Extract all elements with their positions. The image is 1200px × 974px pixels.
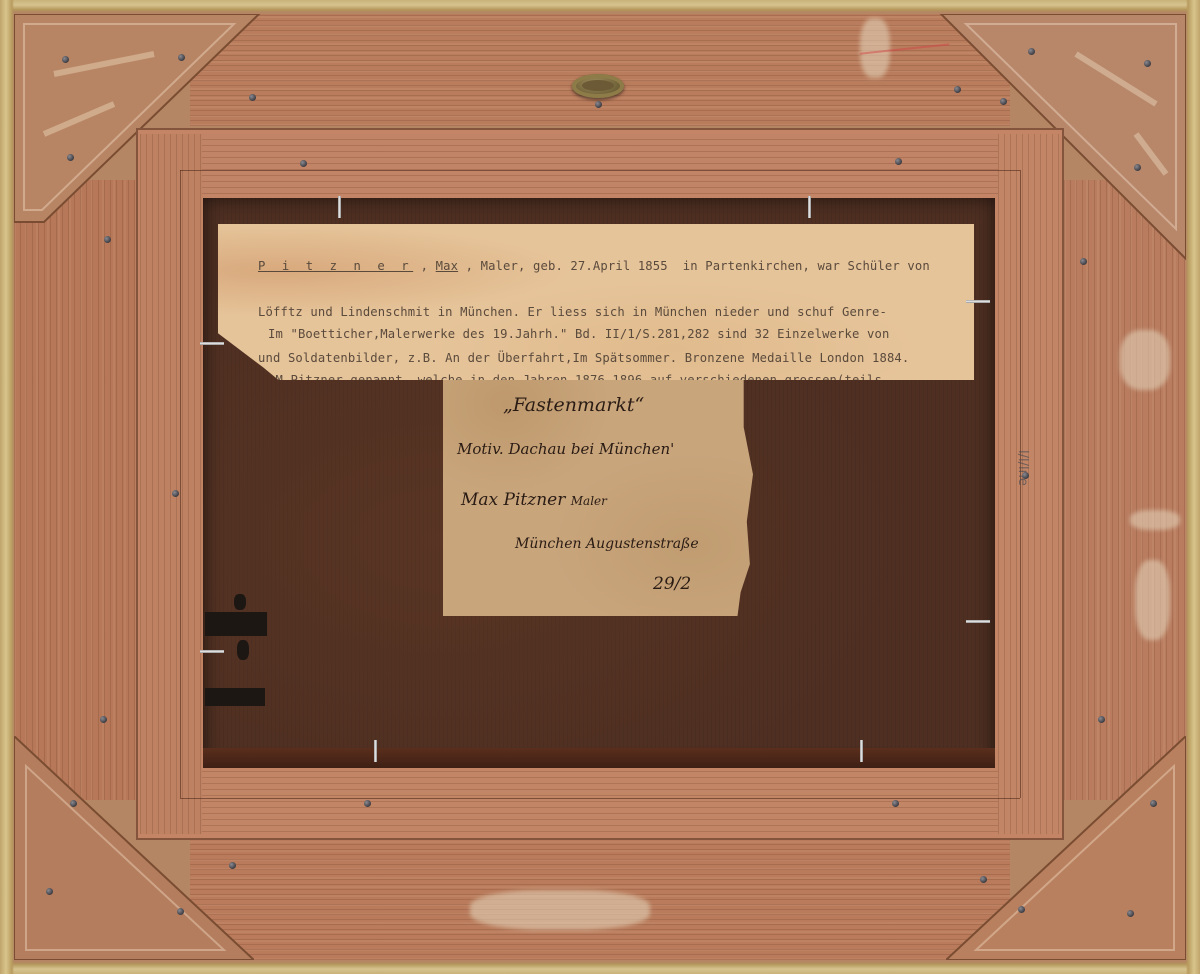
staple	[200, 342, 224, 345]
nail	[172, 490, 179, 497]
artist-first-name: Max	[436, 259, 458, 273]
artist-surname: P i t z n e r	[258, 259, 413, 273]
nail	[62, 56, 69, 63]
typed-line-text: , Maler, geb. 27.April 1855 in Partenkir…	[458, 259, 930, 273]
nail	[1022, 472, 1029, 479]
stretcher-board-right	[1064, 180, 1186, 800]
black-tape	[205, 612, 267, 636]
nail	[892, 800, 899, 807]
inner-frame-bottom	[150, 770, 1050, 832]
handwritten-label: „Fastenmarkt“ Motiv. Dachau bei München'…	[443, 380, 753, 616]
nail	[300, 160, 307, 167]
chalk-mark	[860, 18, 890, 78]
nail	[67, 154, 74, 161]
nail	[1080, 258, 1087, 265]
nail	[980, 876, 987, 883]
nail	[1150, 800, 1157, 807]
inner-frame-groove	[180, 170, 181, 798]
handwritten-artist-suffix: Maler	[571, 494, 607, 508]
black-tape	[205, 688, 265, 706]
typed-provenance-label: P i t z n e r , Max , Maler, geb. 27.Apr…	[218, 224, 974, 380]
chalk-mark	[1130, 510, 1180, 530]
nail	[364, 800, 371, 807]
pencil-mark: l/l/lne	[1015, 450, 1030, 486]
inner-frame-top	[150, 134, 1050, 194]
handwritten-artist: Max Pitzner	[461, 490, 565, 510]
handwritten-artist-line: Max Pitzner Maler	[461, 490, 607, 510]
nail	[1127, 910, 1134, 917]
chalk-mark	[1135, 560, 1170, 640]
hanging-ring	[572, 74, 624, 98]
staple	[200, 650, 224, 653]
nail	[100, 716, 107, 723]
stretcher-board-left	[14, 180, 136, 800]
staple	[808, 196, 811, 218]
nail	[595, 101, 602, 108]
nail	[249, 94, 256, 101]
nail	[178, 54, 185, 61]
nail	[895, 158, 902, 165]
handwritten-address: München Augustenstraße	[515, 536, 699, 552]
staple	[966, 300, 990, 303]
chalk-mark	[470, 890, 650, 930]
typed-line: Im "Boetticher,Malerwerke des 19.Jahrh."…	[268, 327, 934, 342]
nail	[1098, 716, 1105, 723]
nail	[1144, 60, 1151, 67]
panel-bottom-edge	[203, 748, 995, 768]
staple	[338, 196, 341, 218]
nail	[1134, 164, 1141, 171]
nail	[1018, 906, 1025, 913]
staple	[374, 740, 377, 762]
handwritten-motif: Motiv. Dachau bei München'	[457, 440, 674, 458]
inner-frame-groove	[180, 170, 1020, 171]
nail	[70, 800, 77, 807]
inner-frame-groove	[180, 798, 1020, 799]
nail	[177, 908, 184, 915]
nail	[954, 86, 961, 93]
nail	[104, 236, 111, 243]
typed-line: P i t z n e r , Max , Maler, geb. 27.Apr…	[258, 259, 930, 274]
staple	[966, 620, 990, 623]
black-tape	[237, 640, 249, 660]
nail	[1028, 48, 1035, 55]
nail	[46, 888, 53, 895]
chalk-mark	[1120, 330, 1170, 390]
black-tape	[234, 594, 246, 610]
hanging-ring-hole	[582, 80, 614, 91]
handwritten-number: 29/2	[653, 574, 691, 594]
inner-frame-left	[140, 134, 202, 834]
nail	[229, 862, 236, 869]
staple	[860, 740, 863, 762]
nail	[1000, 98, 1007, 105]
handwritten-title: „Fastenmarkt“	[503, 394, 644, 416]
